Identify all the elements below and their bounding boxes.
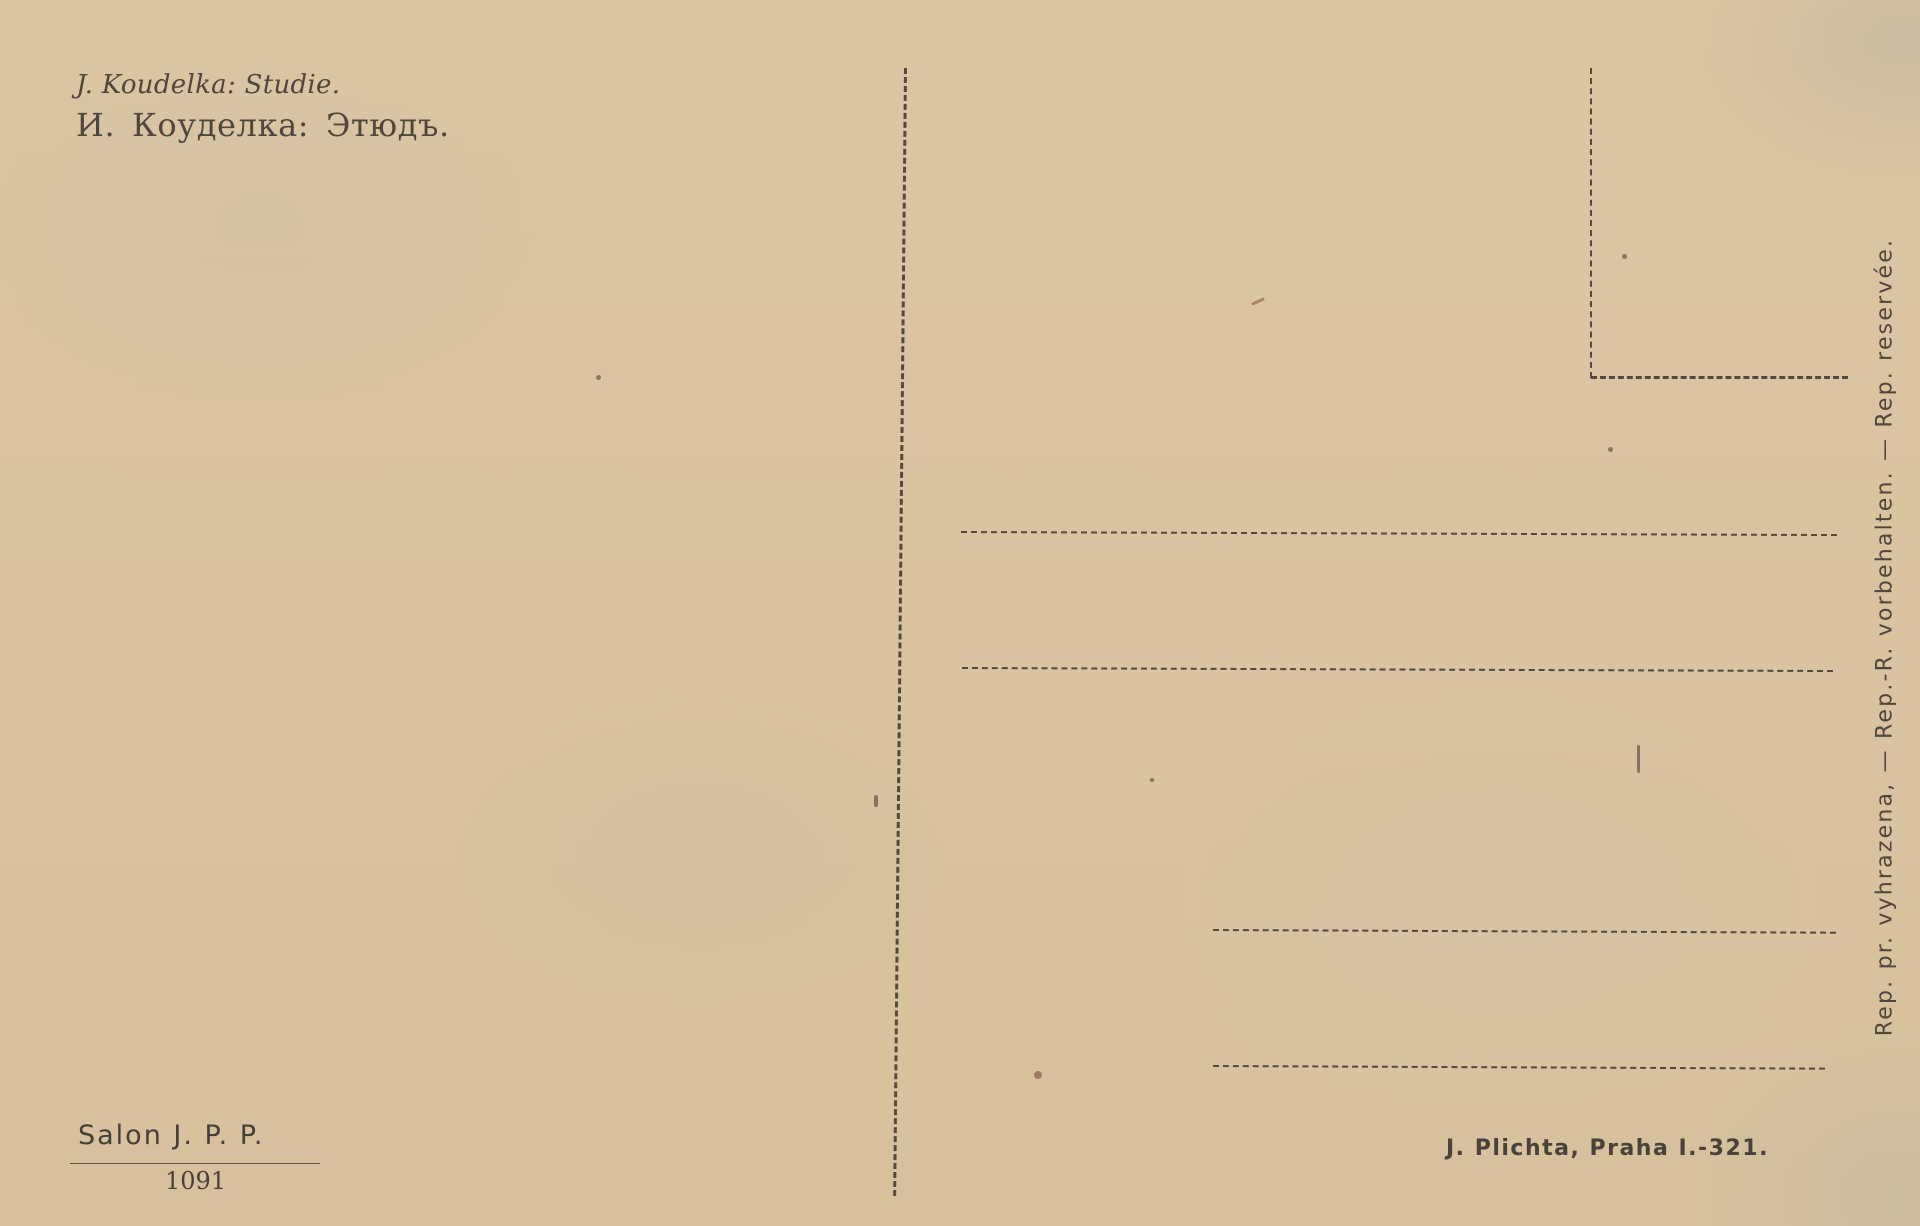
paper-speck	[1622, 254, 1627, 259]
paper-speck	[1150, 778, 1154, 782]
paper-speck	[1251, 297, 1265, 306]
caption-latin: J. Koudelka: Studie.	[76, 70, 340, 100]
publisher-series-rule	[70, 1163, 320, 1164]
printer-imprint: J. Plichta, Praha I.-321.	[1446, 1136, 1769, 1161]
caption-cyrillic: И. Коуделка: Этюдъ.	[76, 106, 450, 144]
address-line-3	[1213, 929, 1836, 934]
paper-speck	[1608, 447, 1613, 452]
publisher-series-name: Salon J. P. P.	[78, 1120, 264, 1151]
series-number: 1091	[165, 1167, 226, 1195]
postcard-back: J. Koudelka: Studie. И. Коуделка: Этюдъ.…	[0, 0, 1920, 1226]
stamp-box-bottom-edge	[1591, 376, 1848, 379]
paper-speck	[1637, 745, 1640, 773]
paper-speck	[596, 375, 601, 380]
address-line-4	[1213, 1065, 1825, 1070]
paper-speck	[874, 795, 878, 807]
address-line-2	[962, 667, 1833, 672]
center-divider	[893, 68, 907, 1196]
paper-speck	[1034, 1071, 1042, 1079]
rights-notice: Rep. pr. vyhrazena, — Rep.-R. vorbehalte…	[1873, 238, 1898, 1036]
stamp-box-left-edge	[1590, 68, 1592, 378]
address-line-1	[961, 531, 1837, 536]
